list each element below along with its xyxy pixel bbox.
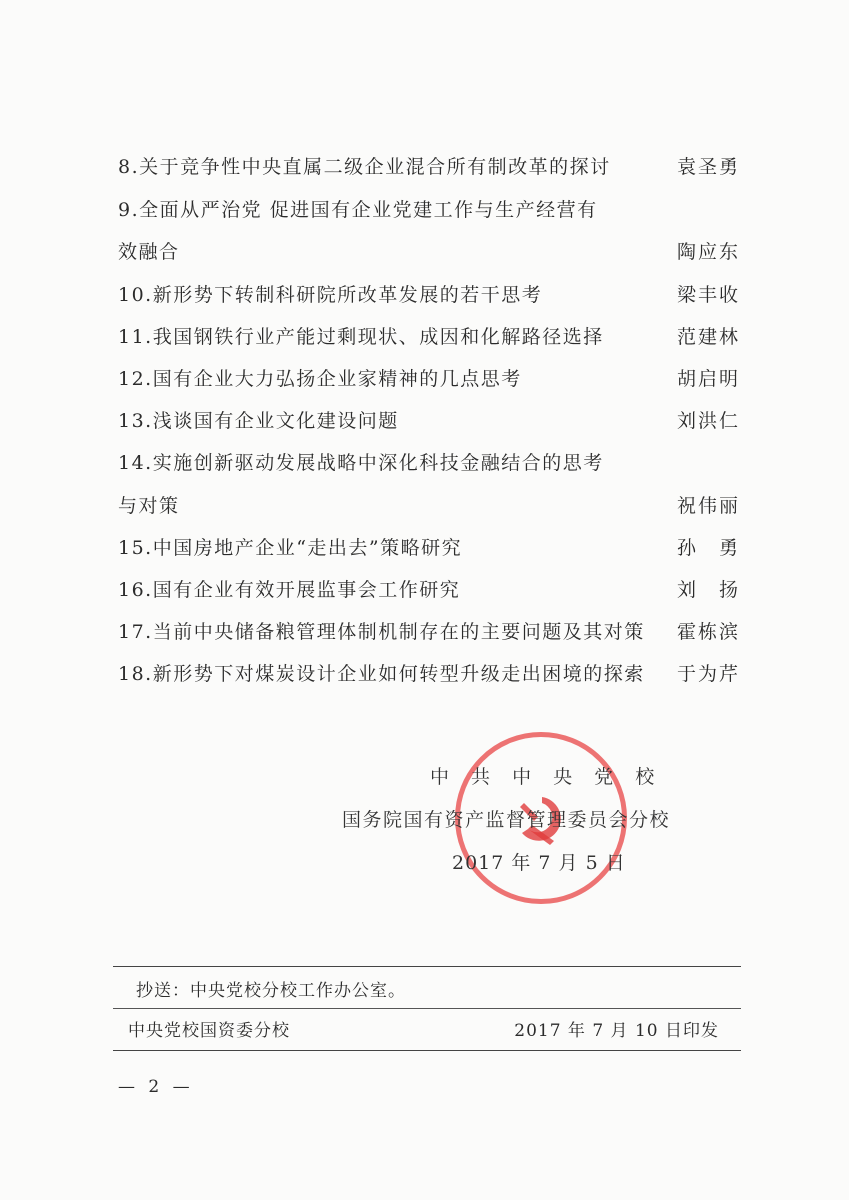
toc-author: 祝伟丽 <box>677 491 740 521</box>
toc-title: 15.中国房地产企业“走出去”策略研究 <box>118 533 462 563</box>
toc-entry: 17.当前中央储备粮管理体制机制存在的主要问题及其对策 霍栋滨 <box>118 617 740 647</box>
toc-title: 10.新形势下转制科研院所改革发展的若干思考 <box>118 280 542 310</box>
toc-title: 与对策 <box>118 491 180 521</box>
divider <box>113 1050 741 1051</box>
toc-entry: 9.全面从严治党 促进国有企业党建工作与生产经营有 <box>118 195 740 225</box>
document-page: 8.关于竞争性中央直属二级企业混合所有制改革的探讨 袁圣勇 9.全面从严治党 促… <box>0 0 849 1200</box>
toc-entry: 与对策 祝伟丽 <box>118 491 740 521</box>
signature-org2: 国务院国有资产监督管理委员会分校 <box>342 805 670 835</box>
signature-org1: 中 共 中 央 党 校 <box>430 762 662 792</box>
toc-author: 陶应东 <box>677 237 740 267</box>
toc-entry: 10.新形势下转制科研院所改革发展的若干思考 梁丰收 <box>118 280 740 310</box>
toc-author: 袁圣勇 <box>677 152 740 182</box>
toc-entry: 11.我国钢铁行业产能过剩现状、成因和化解路径选择 范建林 <box>118 322 740 352</box>
page-number: — 2 — <box>118 1077 194 1097</box>
toc-title: 8.关于竞争性中央直属二级企业混合所有制改革的探讨 <box>118 152 611 182</box>
toc-author: 梁丰收 <box>677 280 740 310</box>
toc-author: 刘洪仁 <box>677 406 740 436</box>
toc-title: 13.浅谈国有企业文化建设问题 <box>118 406 399 436</box>
toc-title: 效融合 <box>118 237 180 267</box>
toc-entry: 13.浅谈国有企业文化建设问题 刘洪仁 <box>118 406 740 436</box>
toc-entry: 8.关于竞争性中央直属二级企业混合所有制改革的探讨 袁圣勇 <box>118 152 740 182</box>
toc-entry: 12.国有企业大力弘扬企业家精神的几点思考 胡启明 <box>118 364 740 394</box>
toc-entry: 15.中国房地产企业“走出去”策略研究 孙 勇 <box>118 533 740 563</box>
toc-title: 12.国有企业大力弘扬企业家精神的几点思考 <box>118 364 522 394</box>
toc-title: 11.我国钢铁行业产能过剩现状、成因和化解路径选择 <box>118 322 604 352</box>
toc-author: 胡启明 <box>677 364 740 394</box>
signature-date: 2017 年 7 月 5 日 <box>452 848 626 878</box>
divider <box>113 966 741 967</box>
toc-entry: 14.实施创新驱动发展战略中深化科技金融结合的思考 <box>118 448 740 478</box>
toc-title: 18.新形势下对煤炭设计企业如何转型升级走出困境的探索 <box>118 659 645 689</box>
toc-title: 9.全面从严治党 促进国有企业党建工作与生产经营有 <box>118 195 598 225</box>
toc-author: 刘 扬 <box>677 575 740 605</box>
cc-line: 抄送：中央党校分校工作办公室。 <box>136 978 406 1004</box>
toc-entry: 16.国有企业有效开展监事会工作研究 刘 扬 <box>118 575 740 605</box>
print-date: 2017 年 7 月 10 日印发 <box>514 1018 719 1044</box>
toc-author: 范建林 <box>677 322 740 352</box>
toc-author: 霍栋滨 <box>677 617 740 647</box>
toc-entry: 效融合 陶应东 <box>118 237 740 267</box>
divider <box>113 1008 741 1009</box>
toc-title: 16.国有企业有效开展监事会工作研究 <box>118 575 460 605</box>
toc-author: 孙 勇 <box>677 533 740 563</box>
toc-title: 14.实施创新驱动发展战略中深化科技金融结合的思考 <box>118 448 604 478</box>
toc-author: 于为芹 <box>677 659 740 689</box>
toc-title: 17.当前中央储备粮管理体制机制存在的主要问题及其对策 <box>118 617 645 647</box>
toc-entry: 18.新形势下对煤炭设计企业如何转型升级走出困境的探索 于为芹 <box>118 659 740 689</box>
issuer: 中央党校国资委分校 <box>128 1018 290 1044</box>
